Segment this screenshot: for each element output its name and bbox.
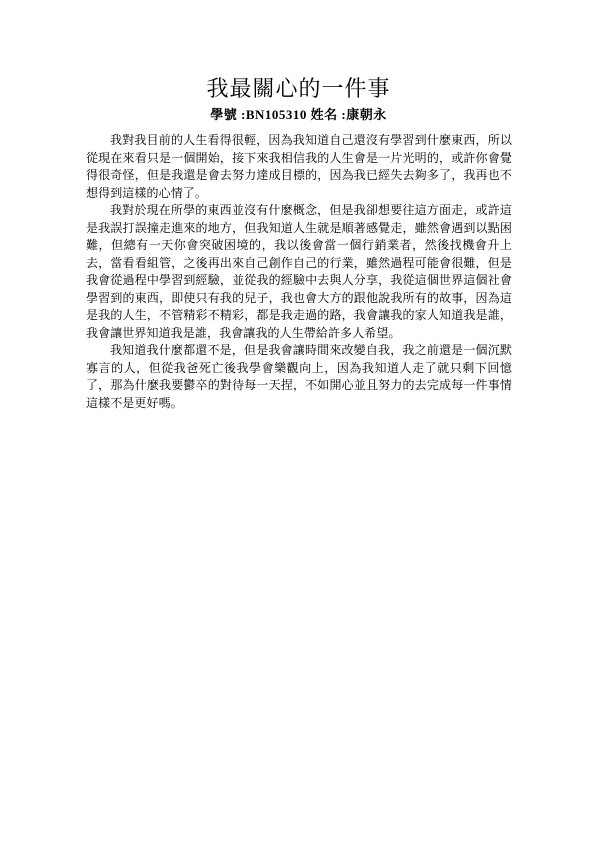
student-info-line: 學號 :BN105310 姓名 :康朝永 — [0, 107, 597, 123]
essay-paragraph: 我對我目前的人生看得很輕，因為我知道自己還沒有學習到什麼東西，所以從現在來看只是… — [86, 132, 512, 202]
essay-paragraph: 我對於現在所學的東西並沒有什麼概念，但是我卻想要往這方面走，或許這是我誤打誤撞走… — [86, 202, 512, 342]
essay-page: 我最關心的一件事 學號 :BN105310 姓名 :康朝永 我對我目前的人生看得… — [0, 0, 597, 843]
essay-body: 我對我目前的人生看得很輕，因為我知道自己還沒有學習到什麼東西，所以從現在來看只是… — [86, 132, 512, 412]
essay-title: 我最關心的一件事 — [0, 0, 597, 102]
essay-paragraph: 我知道我什麼都還不是，但是我會讓時間來改變自我，我之前還是一個沉默寡言的人，但從… — [86, 342, 512, 412]
